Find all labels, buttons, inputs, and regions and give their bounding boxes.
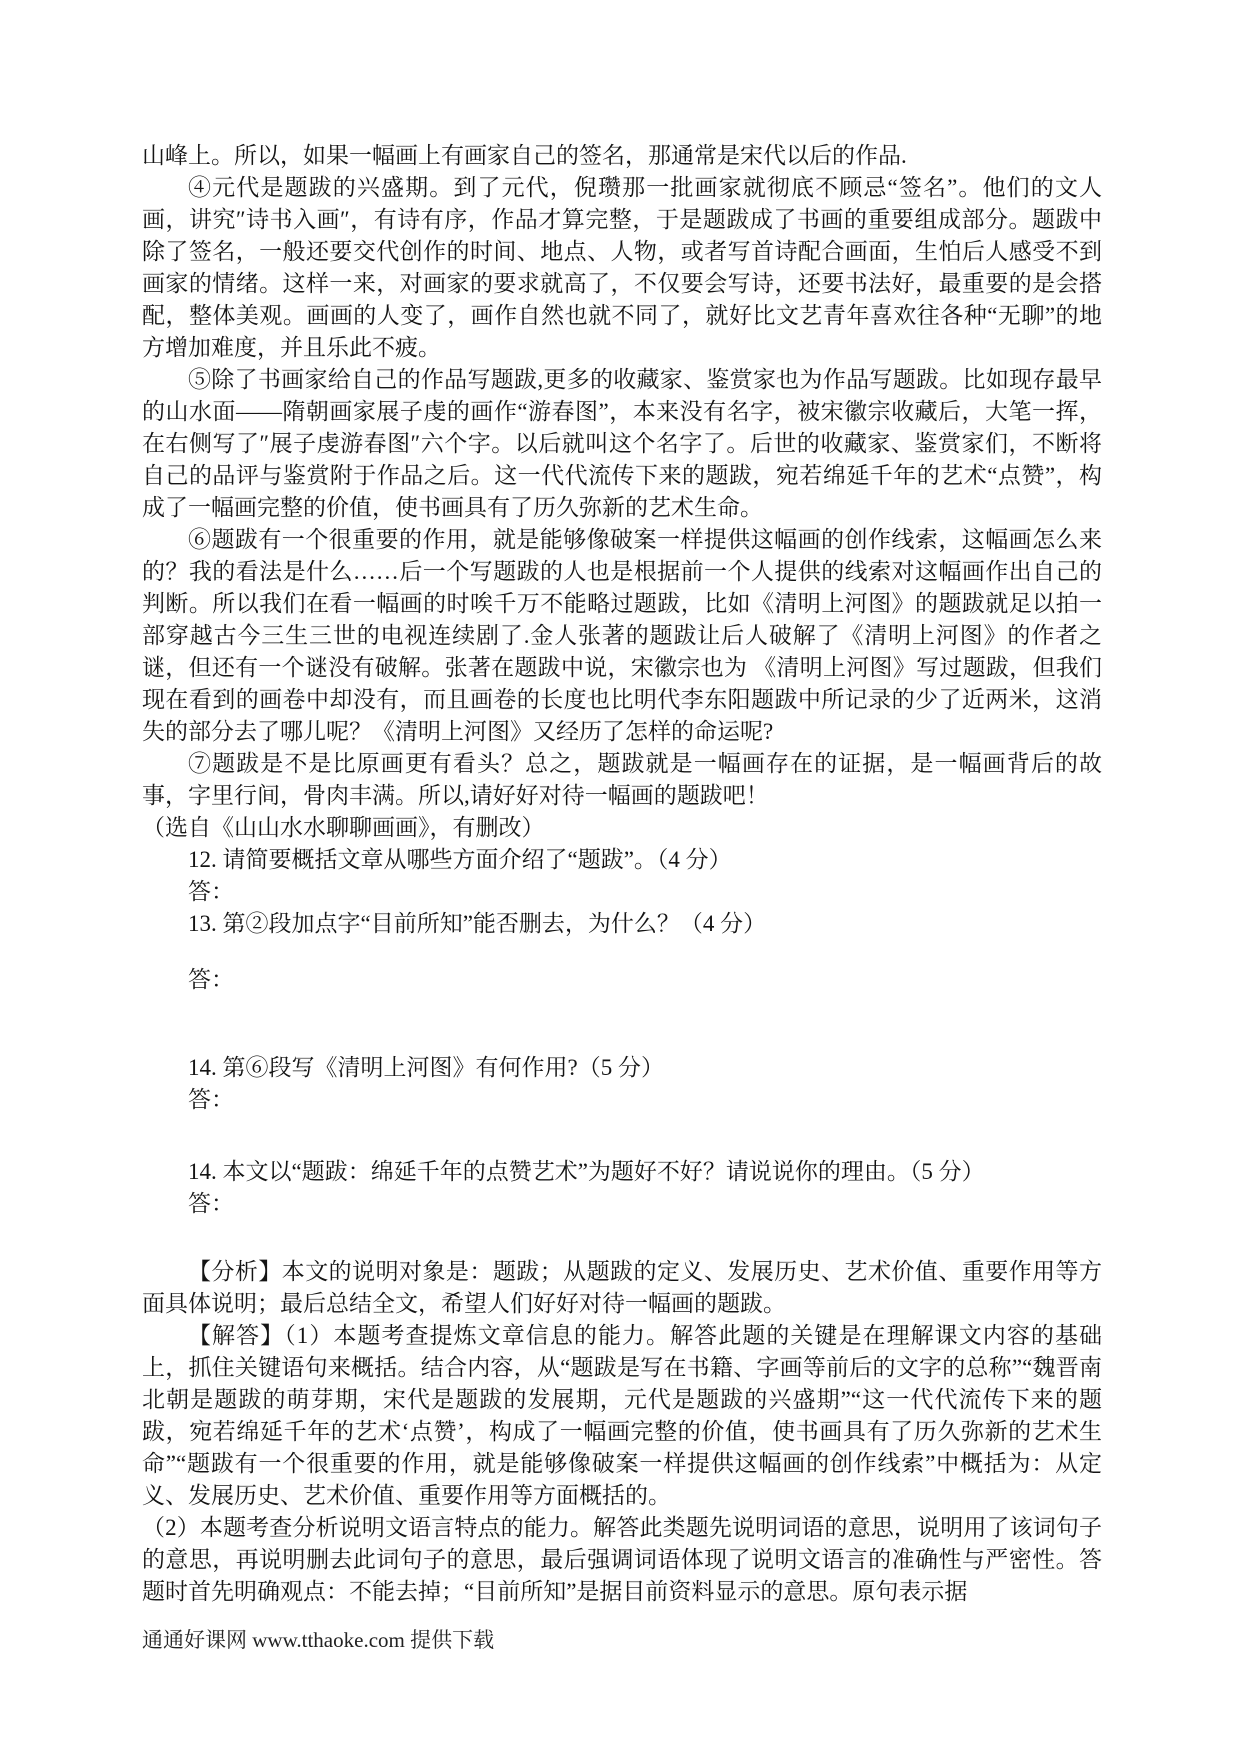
question-14-b: 14. 本文以“题跋：绵延千年的点赞艺术”为题好不好？请说说你的理由。（5 分）: [142, 1156, 1102, 1188]
article-continuation-line: 山峰上。所以，如果一幅画上有画家自己的签名，那通常是宋代以后的作品.: [142, 140, 1102, 172]
spacer: [142, 940, 1102, 964]
solution-analysis: 【分析】本文的说明对象是：题跋；从题跋的定义、发展历史、艺术价值、重要作用等方面…: [142, 1256, 1102, 1320]
answer-blank-14-a: 答：: [142, 1084, 1102, 1116]
document-page: 山峰上。所以，如果一幅画上有画家自己的签名，那通常是宋代以后的作品. ④元代是题…: [0, 0, 1240, 1754]
solution-explanation-part1: 【解答】（1）本题考查提炼文章信息的能力。解答此题的关键是在理解课文内容的基础上…: [142, 1320, 1102, 1512]
answer-blank-13: 答：: [142, 964, 1102, 996]
article-paragraph-6: ⑥题跋有一个很重要的作用，就是能够像破案一样提供这幅画的创作线索，这幅画怎么来的…: [142, 524, 1102, 748]
spacer: [142, 1116, 1102, 1156]
answer-blank-14-b: 答：: [142, 1188, 1102, 1220]
spacer: [142, 1608, 1102, 1624]
answer-blank-12: 答：: [142, 876, 1102, 908]
question-12: 12. 请简要概括文章从哪些方面介绍了“题跋”。（4 分）: [142, 844, 1102, 876]
solution-explanation-part2: （2）本题考查分析说明文语言特点的能力。解答此类题先说明词语的意思，说明用了该词…: [142, 1512, 1102, 1608]
article-paragraph-4: ④元代是题跋的兴盛期。到了元代，倪瓒那一批画家就彻底不顾忌“签名”。他们的文人画…: [142, 172, 1102, 364]
question-14-a: 14. 第⑥段写《清明上河图》有何作用?（5 分）: [142, 1052, 1102, 1084]
page-footer: 通通好课网 www.tthaoke.com 提供下载: [142, 1624, 1102, 1656]
article-paragraph-5: ⑤除了书画家给自己的作品写题跋,更多的收藏家、鉴赏家也为作品写题跋。比如现存最早…: [142, 364, 1102, 524]
source-attribution: （选自《山山水水聊聊画画》，有删改）: [142, 812, 1102, 844]
spacer: [142, 996, 1102, 1052]
article-paragraph-7: ⑦题跋是不是比原画更有看头？总之，题跋就是一幅画存在的证据，是一幅画背后的故事，…: [142, 748, 1102, 812]
spacer: [142, 1220, 1102, 1256]
question-13: 13. 第②段加点字“目前所知”能否删去，为什么？（4 分）: [142, 908, 1102, 940]
